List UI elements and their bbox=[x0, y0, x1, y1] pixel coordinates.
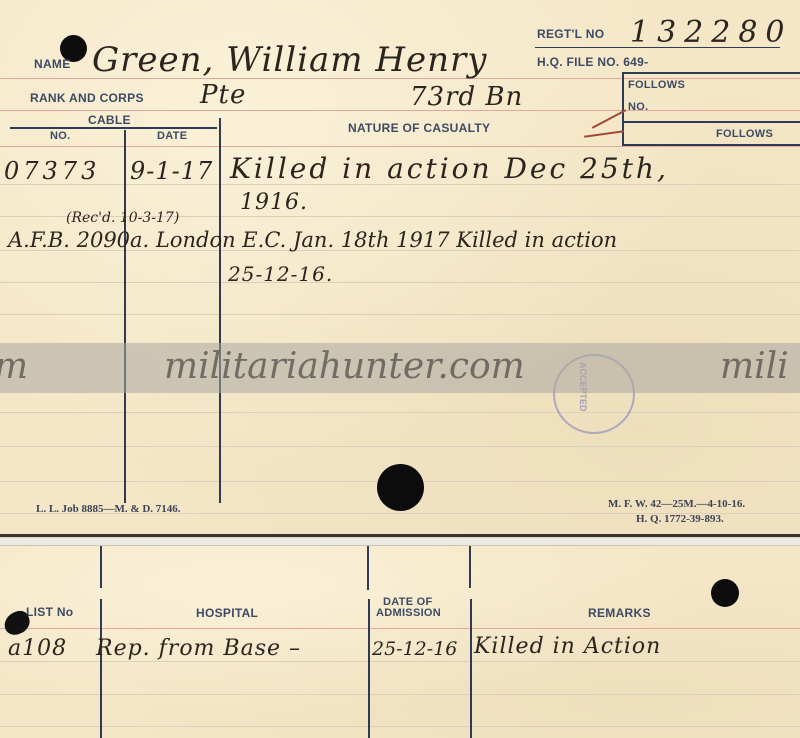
column-divider bbox=[469, 546, 471, 588]
follows-divider bbox=[624, 121, 800, 123]
date-of-admission-value: 25-12-16 bbox=[372, 638, 457, 660]
cable-label: CABLE bbox=[88, 113, 131, 127]
column-divider bbox=[100, 599, 102, 738]
punch-hole bbox=[711, 579, 739, 607]
casualty-line-2: 1916. bbox=[240, 190, 308, 215]
casualty-line-1: Killed in action Dec 25th, bbox=[230, 152, 669, 185]
ruling-line bbox=[0, 412, 800, 413]
follows-label: FOLLOWS bbox=[628, 79, 685, 91]
footer-left-print: L. L. Job 8885—M. & D. 7146. bbox=[36, 503, 181, 515]
regtl-no-value: 132280 bbox=[630, 15, 793, 50]
watermark-fragment-right: mili bbox=[720, 346, 789, 387]
cable-date-value: 9-1-17 bbox=[130, 157, 213, 185]
punch-hole bbox=[377, 464, 424, 511]
remarks-value: Killed in Action bbox=[474, 634, 661, 659]
column-divider bbox=[100, 546, 102, 588]
hospital-value: Rep. from Base – bbox=[96, 636, 301, 661]
cable-divider bbox=[10, 127, 217, 129]
watermark-fragment-left: m bbox=[0, 346, 28, 387]
follows-box: FOLLOWS NO. FOLLOWS bbox=[622, 72, 800, 146]
ruling-line bbox=[0, 446, 800, 447]
casualty-card-back: LIST No HOSPITAL DATE OF ADMISSION REMAR… bbox=[0, 545, 800, 738]
column-divider bbox=[367, 546, 369, 590]
ruling-line bbox=[0, 146, 800, 147]
admission-header: ADMISSION bbox=[376, 607, 441, 619]
hq-file-no-label: H.Q. FILE NO. 649- bbox=[537, 55, 648, 69]
follows-bottom-label: FOLLOWS bbox=[716, 128, 773, 140]
ruling-line bbox=[0, 694, 800, 695]
casualty-card-front: NAME Green, William Henry RANK AND CORPS… bbox=[0, 0, 800, 537]
ruling-line bbox=[0, 661, 800, 662]
hospital-header: HOSPITAL bbox=[196, 606, 258, 620]
name-value: Green, William Henry bbox=[92, 40, 487, 80]
nature-of-casualty-label: NATURE OF CASUALTY bbox=[348, 121, 490, 135]
rank-value: Pte bbox=[200, 80, 246, 110]
cable-no-value: 07373 bbox=[4, 157, 100, 185]
list-no-header: LIST No bbox=[26, 605, 73, 619]
footer-right-print-1: M. F. W. 42—25M.—4-10-16. bbox=[608, 498, 745, 510]
remarks-header: REMARKS bbox=[588, 606, 651, 620]
rank-and-corps-label: RANK AND CORPS bbox=[30, 91, 144, 105]
cable-date-label: DATE bbox=[157, 130, 187, 142]
received-note: (Rec'd. 10-3-17) bbox=[66, 210, 179, 226]
follows-no-label: NO. bbox=[628, 101, 648, 113]
column-divider bbox=[470, 599, 472, 738]
ruling-line bbox=[0, 314, 800, 315]
check-mark-stroke bbox=[584, 130, 624, 138]
unit-value: 73rd Bn bbox=[410, 82, 523, 112]
casualty-date-line: 25-12-16. bbox=[228, 262, 333, 286]
ruling-line bbox=[0, 726, 800, 727]
list-no-value: a108 bbox=[8, 636, 67, 661]
cable-no-label: NO. bbox=[50, 130, 70, 142]
footer-right-print-2: H. Q. 1772-39-893. bbox=[636, 513, 724, 525]
watermark-text: militariahunter.com bbox=[164, 346, 525, 387]
column-divider bbox=[219, 118, 221, 503]
regtl-no-label: REGT'L NO bbox=[537, 27, 604, 41]
regtl-no-underline bbox=[535, 47, 780, 48]
column-divider bbox=[124, 130, 126, 503]
column-divider bbox=[368, 599, 370, 738]
ruling-line bbox=[0, 282, 800, 283]
ruling-line bbox=[0, 628, 800, 629]
name-label: NAME bbox=[34, 57, 71, 71]
reference-line: A.F.B. 2090a. London E.C. Jan. 18th 1917… bbox=[8, 228, 617, 252]
